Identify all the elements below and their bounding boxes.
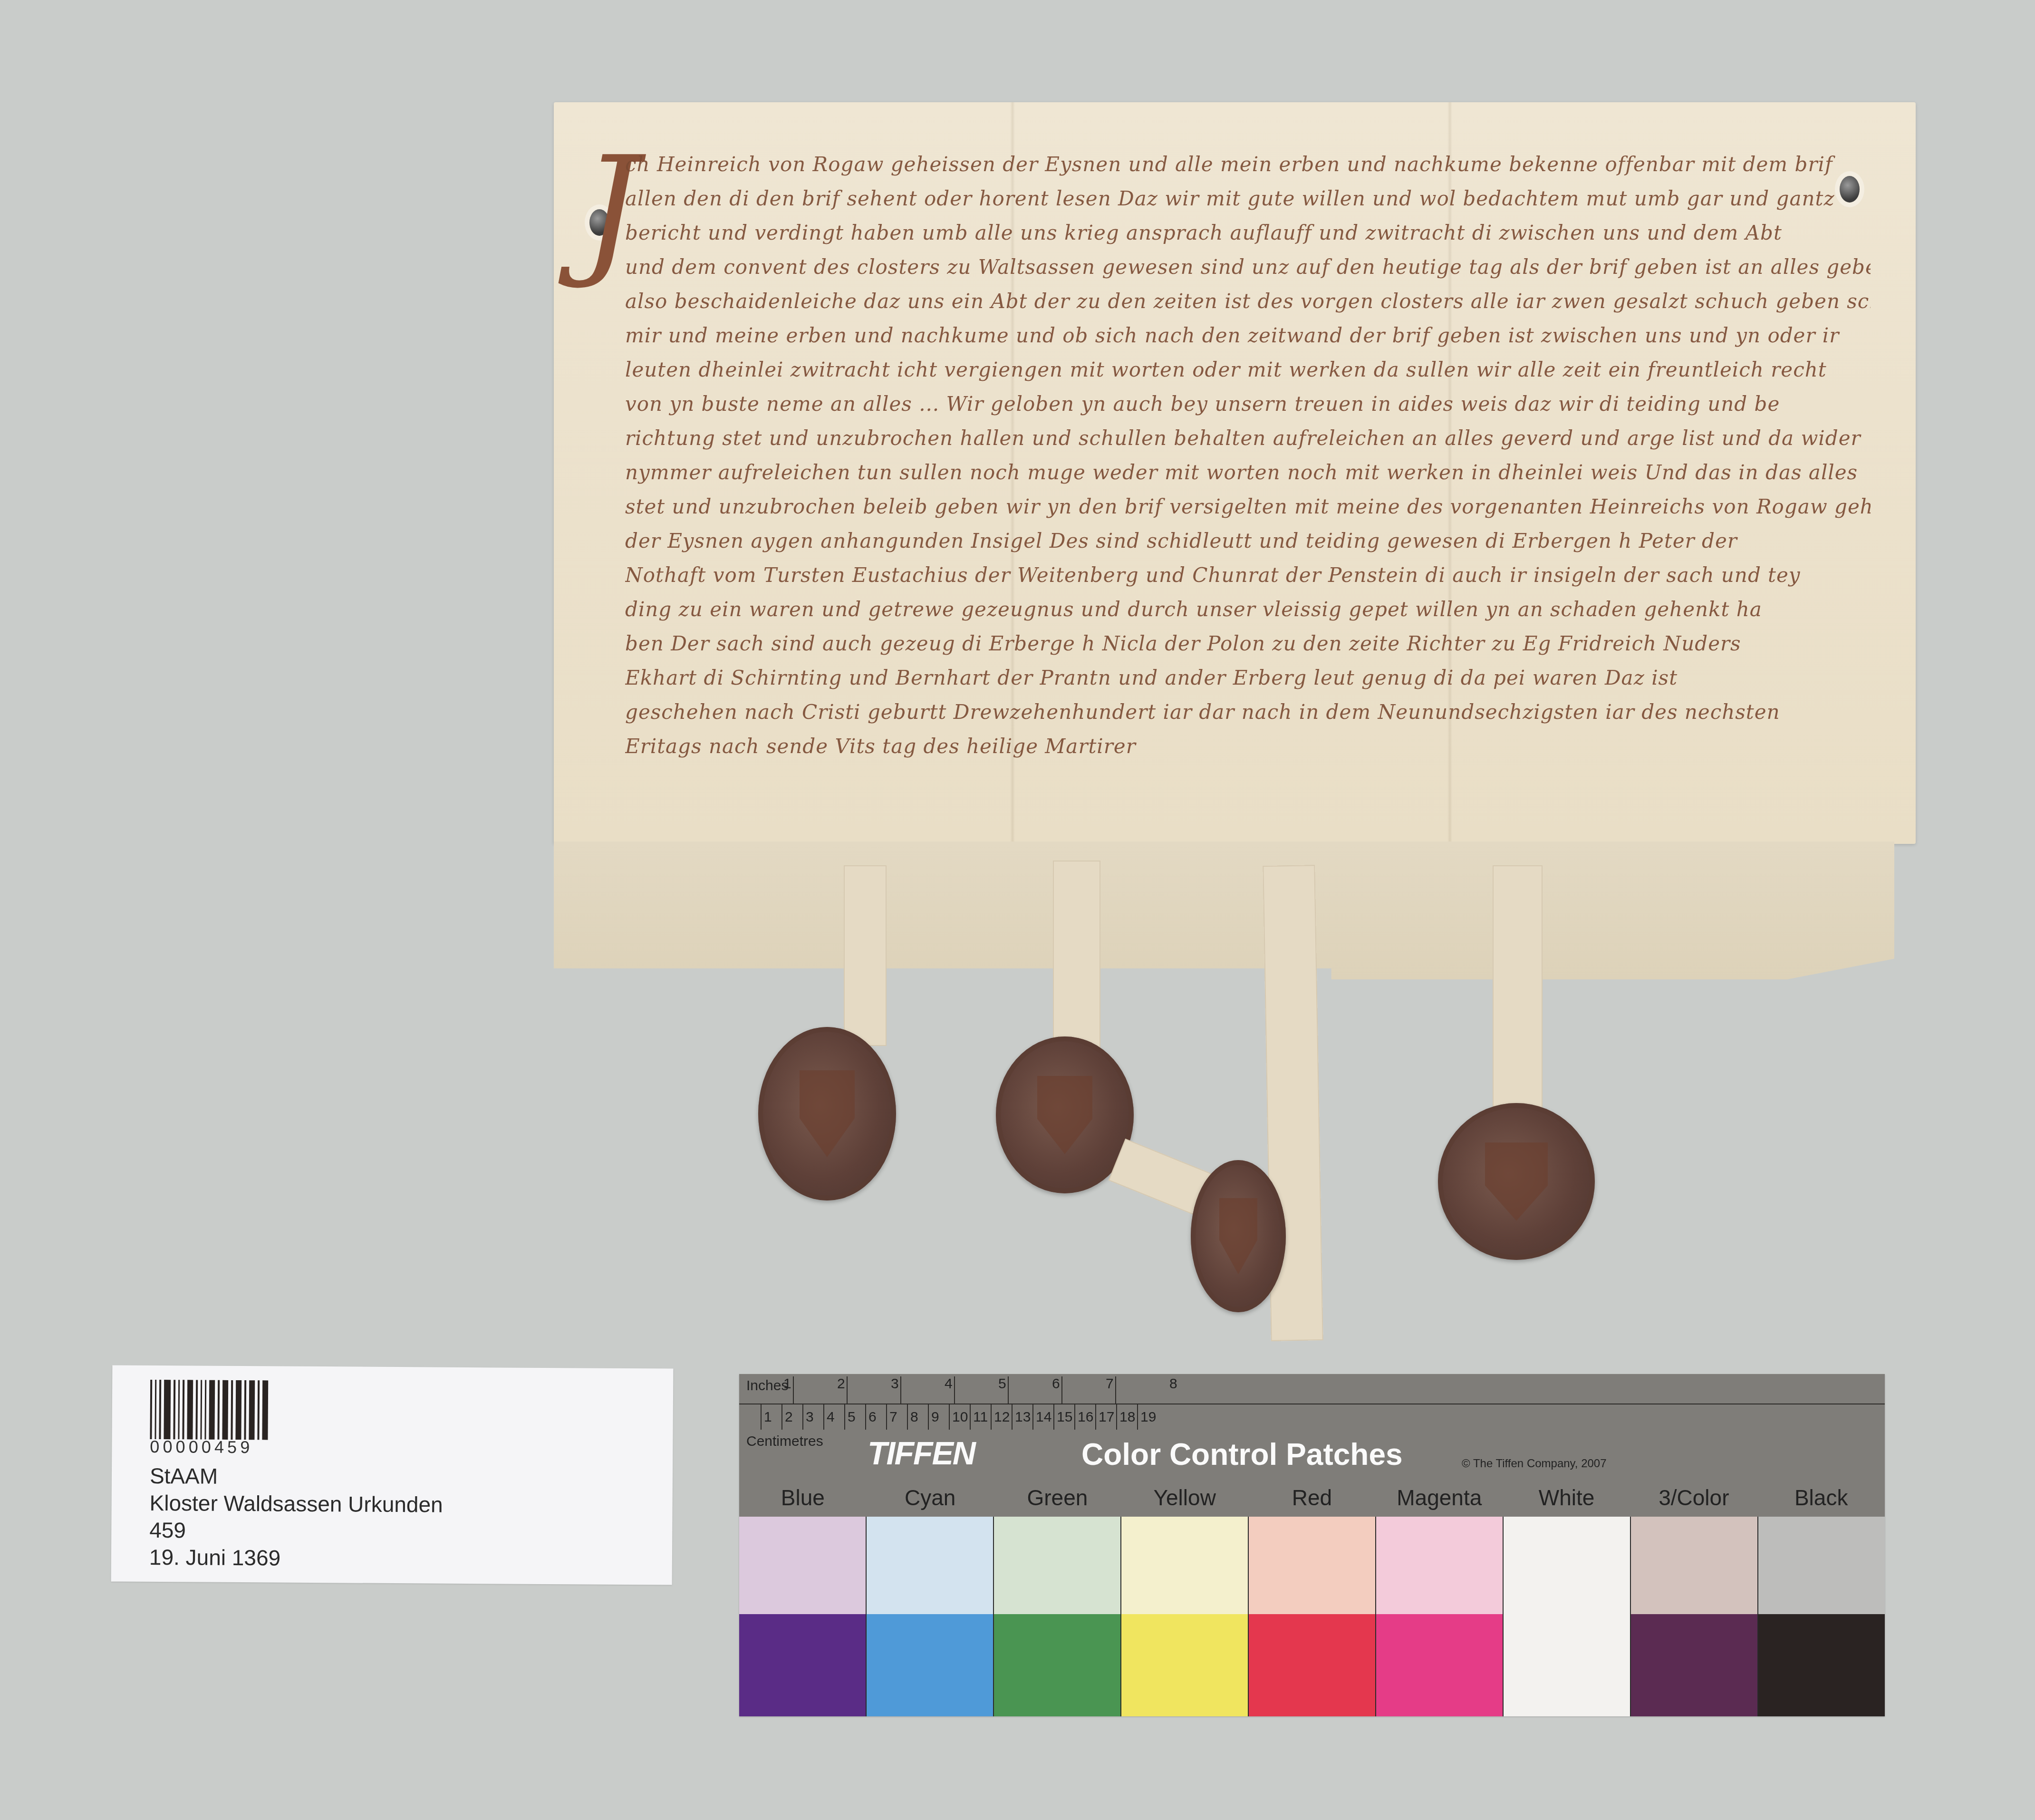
inch-tick-label: 5	[998, 1376, 1006, 1392]
inch-tick-label: 8	[1169, 1376, 1177, 1392]
barcode-digit: 0	[202, 1437, 211, 1457]
cm-tick-label: 19	[1140, 1409, 1156, 1425]
patch-black-dark	[1758, 1614, 1885, 1716]
cm-tick-label: 3	[806, 1409, 814, 1425]
patch-label-blue: Blue	[739, 1485, 867, 1510]
patch-3color-light	[1631, 1517, 1758, 1614]
patch-white-dark	[1504, 1614, 1631, 1716]
text-line: stet und unzubrochen beleib geben wir yn…	[625, 490, 1871, 524]
patch-blue-dark	[739, 1614, 867, 1716]
patch-label-3color: 3/Color	[1630, 1485, 1757, 1510]
text-line: leuten dheinlei zwitracht icht vergienge…	[625, 353, 1871, 387]
text-line: ding zu ein waren und getrewe gezeugnus …	[625, 592, 1871, 627]
barcode	[150, 1380, 268, 1440]
barcode-digit: 4	[214, 1437, 224, 1457]
patch-3color-dark	[1631, 1614, 1758, 1716]
patch-magenta-light	[1376, 1517, 1504, 1614]
inch-tick-label: 4	[945, 1376, 953, 1392]
cm-tick-label: 10	[952, 1409, 968, 1425]
barcode-digit: 9	[240, 1437, 250, 1457]
patch-red-dark	[1249, 1614, 1376, 1716]
inch-tick-label: 3	[891, 1376, 899, 1392]
centimetres-label: Centimetres	[746, 1433, 823, 1450]
cm-tick-label: 14	[1036, 1409, 1051, 1425]
cm-tick-label: 8	[910, 1409, 918, 1425]
copyright-notice: © The Tiffen Company, 2007	[1462, 1457, 1607, 1471]
cm-tick-label: 4	[827, 1409, 835, 1425]
patch-label-yellow: Yellow	[1121, 1485, 1248, 1510]
inches-label: Inches	[746, 1378, 788, 1394]
patch-green-dark	[994, 1614, 1121, 1716]
patch-yellow-light	[1121, 1517, 1249, 1614]
inch-tick-label: 2	[837, 1376, 845, 1392]
text-line: richtung stet und unzubrochen hallen und…	[625, 421, 1871, 455]
text-line: allen den di den brif sehent oder horent…	[625, 182, 1871, 216]
barcode-digit: 0	[189, 1437, 198, 1457]
plica-fold	[554, 842, 1894, 979]
patch-magenta-dark	[1376, 1614, 1504, 1716]
cm-tick-label: 16	[1078, 1409, 1093, 1425]
wax-seal-3	[1191, 1160, 1286, 1312]
barcode-digit: 0	[150, 1437, 159, 1457]
cm-tick-label: 15	[1057, 1409, 1072, 1425]
inch-tick-label: 1	[783, 1376, 791, 1392]
cm-tick-label: 2	[785, 1409, 793, 1425]
seal-strip-4	[1493, 865, 1543, 1113]
text-line: nymmer aufreleichen tun sullen noch muge…	[625, 455, 1871, 490]
patch-label-white: White	[1503, 1485, 1630, 1510]
tiffen-logo: TIFFEN	[868, 1435, 975, 1472]
text-line: Ekhart di Schirnting und Bernhart der Pr…	[625, 661, 1871, 695]
cm-tick-label: 6	[868, 1409, 877, 1425]
text-line: von yn buste neme an alles ... Wir gelob…	[625, 387, 1871, 421]
cm-tick-label: 11	[973, 1409, 988, 1425]
patch-black-light	[1758, 1517, 1885, 1614]
archive-name: StAAM	[150, 1463, 218, 1489]
light-patch-row	[739, 1517, 1885, 1614]
patch-label-red: Red	[1248, 1485, 1376, 1510]
color-control-chart: Inches 1 2 3 4 5 6 7 8 1 2 3 4 5 6 7 8 9…	[739, 1374, 1885, 1716]
charter-text: J ch Heinreich von Rogaw geheissen der E…	[625, 147, 1871, 764]
inch-tick-label: 6	[1052, 1376, 1060, 1392]
cm-tick-label: 17	[1099, 1409, 1114, 1425]
text-line: ch Heinreich von Rogaw geheissen der Eys…	[625, 147, 1871, 182]
patch-label-cyan: Cyan	[867, 1485, 994, 1510]
text-line: der Eysnen aygen anhangunden Insigel Des…	[625, 524, 1871, 558]
text-line: also beschaidenleiche daz uns ein Abt de…	[625, 284, 1871, 319]
dark-patch-row	[739, 1614, 1885, 1716]
text-line: ben Der sach sind auch gezeug di Erberge…	[625, 627, 1871, 661]
inch-tick-label: 7	[1106, 1376, 1114, 1392]
patch-blue-light	[739, 1517, 867, 1614]
seal-strip-2	[1053, 861, 1100, 1051]
barcode-digit: 0	[175, 1437, 185, 1457]
text-line: mir und meine erben und nachkume und ob …	[625, 319, 1871, 353]
seal-strip-1	[844, 865, 887, 1046]
patch-cyan-light	[867, 1517, 994, 1614]
patch-labels: Blue Cyan Green Yellow Red Magenta White…	[739, 1485, 1885, 1510]
patch-cyan-dark	[867, 1614, 994, 1716]
barcode-digit: 0	[163, 1437, 172, 1457]
archive-label: 0 0 0 0 0 4 5 9 StAAM Kloster Waldsassen…	[111, 1365, 674, 1585]
cm-tick-label: 18	[1119, 1409, 1135, 1425]
wax-seal-4	[1438, 1103, 1595, 1260]
collection-name: Kloster Waldsassen Urkunden	[149, 1490, 443, 1518]
seal-shield-icon	[800, 1070, 855, 1157]
text-line: geschehen nach Cristi geburtt Drewzehenh…	[625, 695, 1871, 729]
cm-tick-label: 1	[764, 1409, 772, 1425]
wax-seal-1	[758, 1027, 896, 1200]
cm-tick-label: 12	[994, 1409, 1010, 1425]
patch-label-black: Black	[1757, 1485, 1885, 1510]
charter-parchment: J ch Heinreich von Rogaw geheissen der E…	[554, 102, 1916, 844]
seal-shield-icon	[1037, 1076, 1092, 1154]
text-line: und dem convent des closters zu Waltsass…	[625, 250, 1871, 284]
document-date: 19. Juni 1369	[149, 1544, 281, 1571]
barcode-digit: 5	[227, 1437, 237, 1457]
patch-yellow-dark	[1121, 1614, 1249, 1716]
patch-green-light	[994, 1517, 1121, 1614]
cm-tick-label: 7	[889, 1409, 897, 1425]
cm-scale: 1 2 3 4 5 6 7 8 9 10 11 12 13 14 15 16 1…	[739, 1404, 1885, 1432]
text-line: bericht und verdingt haben umb alle uns …	[625, 216, 1871, 250]
seal-shield-icon	[1485, 1142, 1548, 1221]
cm-tick-label: 5	[848, 1409, 856, 1425]
patch-white-light	[1504, 1517, 1631, 1614]
barcode-number: 0 0 0 0 0 4 5 9	[150, 1437, 250, 1457]
cm-tick-label: 13	[1015, 1409, 1031, 1425]
text-line: Nothaft vom Tursten Eustachius der Weite…	[625, 558, 1871, 592]
patch-red-light	[1249, 1517, 1376, 1614]
text-line: Eritags nach sende Vits tag des heilige …	[625, 729, 1871, 764]
document-number: 459	[149, 1517, 186, 1543]
cm-tick-label: 9	[931, 1409, 939, 1425]
chart-title: Color Control Patches	[1081, 1437, 1403, 1472]
patch-label-magenta: Magenta	[1376, 1485, 1503, 1510]
seal-shield-icon	[1219, 1198, 1257, 1274]
patch-label-green: Green	[994, 1485, 1121, 1510]
